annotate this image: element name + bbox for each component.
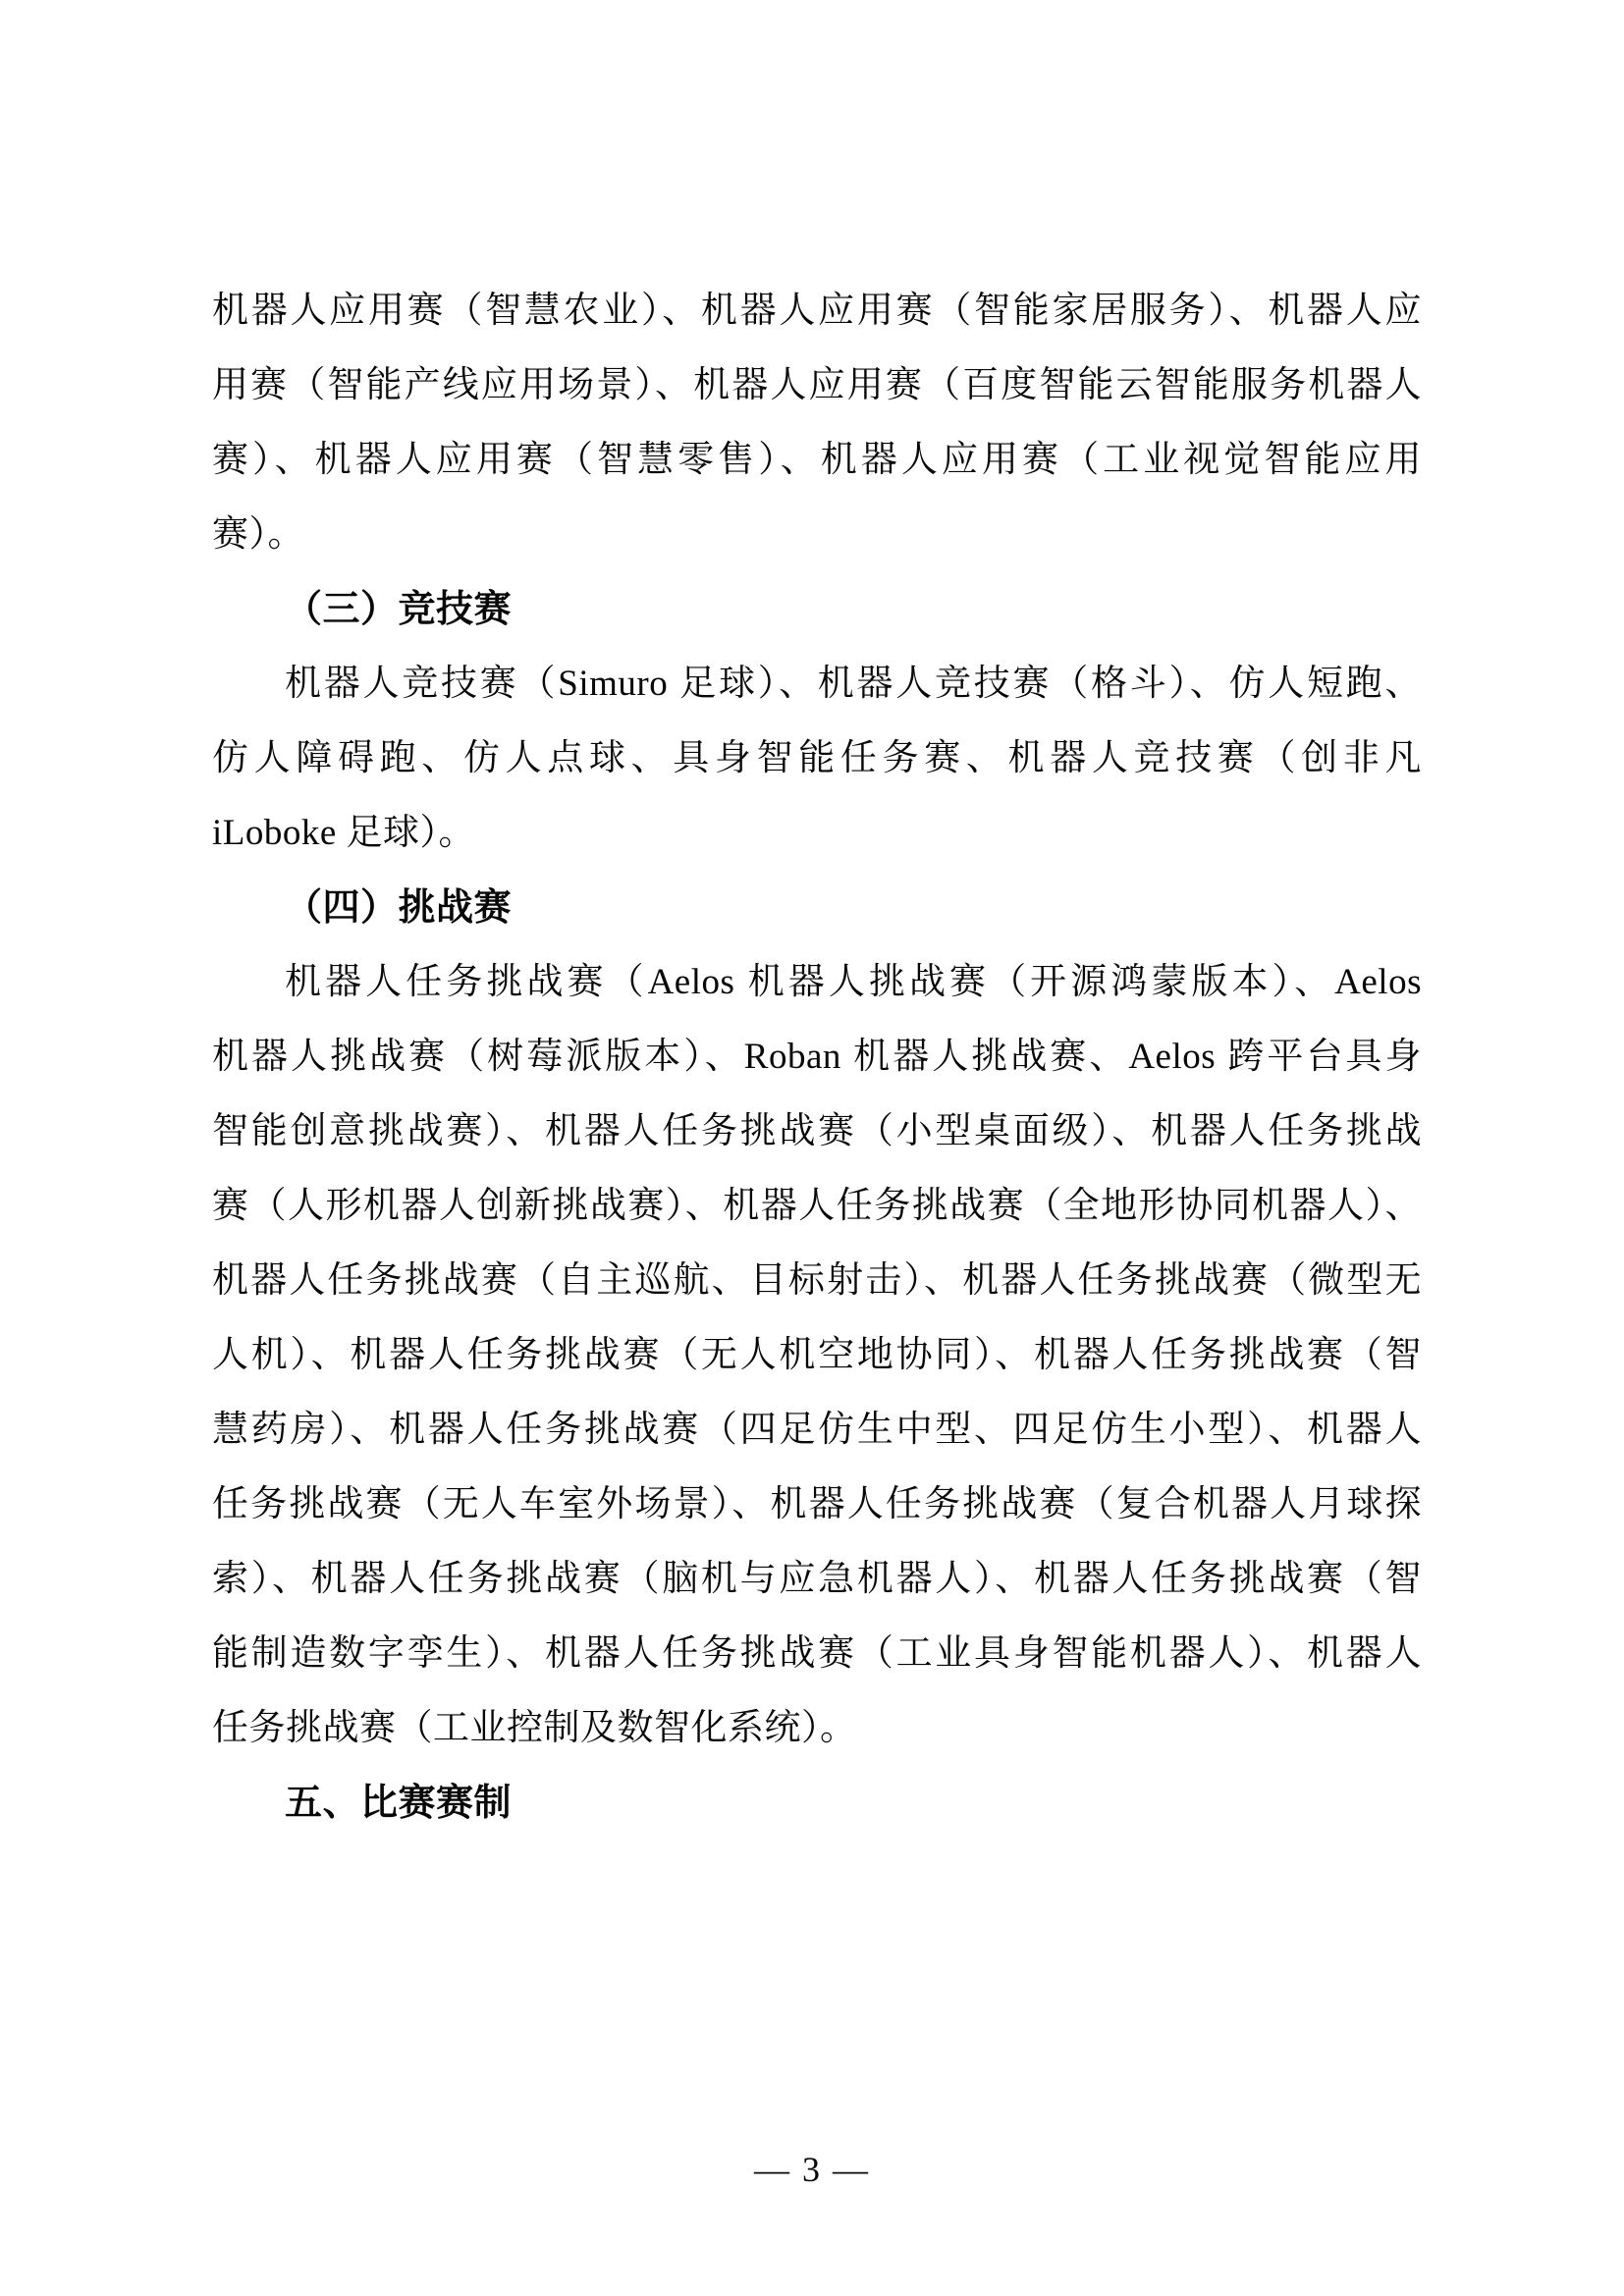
- body-text-line: 机器人挑战赛（树莓派版本）、Roban 机器人挑战赛、Aelos 跨平台具身: [212, 1020, 1422, 1095]
- document-page: 机器人应用赛（智慧农业）、机器人应用赛（智能家居服务）、机器人应用赛（智能产线应…: [0, 0, 1624, 2296]
- body-text-line: iLoboke 足球）。: [212, 796, 1422, 871]
- body-text-line: 机器人任务挑战赛（自主巡航、目标射击）、机器人任务挑战赛（微型无: [212, 1244, 1422, 1318]
- page-number: — 3 —: [0, 2140, 1624, 2199]
- body-text-line: 赛）、机器人应用赛（智慧零售）、机器人应用赛（工业视觉智能应用: [212, 423, 1422, 498]
- section-heading: （四）挑战赛: [212, 871, 1422, 945]
- body-text-line: 用赛（智能产线应用场景）、机器人应用赛（百度智能云智能服务机器人: [212, 348, 1422, 423]
- section-heading: 五、比赛赛制: [212, 1766, 1422, 1841]
- body-text-line: 人机）、机器人任务挑战赛（无人机空地协同）、机器人任务挑战赛（智: [212, 1318, 1422, 1393]
- body-text-line: 机器人任务挑战赛（Aelos 机器人挑战赛（开源鸿蒙版本）、Aelos: [212, 945, 1422, 1020]
- section-heading: （三）竞技赛: [212, 572, 1422, 647]
- body-text-line: 赛（人形机器人创新挑战赛）、机器人任务挑战赛（全地形协同机器人）、: [212, 1169, 1422, 1244]
- body-text-line: 索）、机器人任务挑战赛（脑机与应急机器人）、机器人任务挑战赛（智: [212, 1542, 1422, 1617]
- body-text-line: 赛）。: [212, 498, 1422, 572]
- document-body: 机器人应用赛（智慧农业）、机器人应用赛（智能家居服务）、机器人应用赛（智能产线应…: [212, 274, 1422, 1841]
- body-text-line: 慧药房）、机器人任务挑战赛（四足仿生中型、四足仿生小型）、机器人: [212, 1393, 1422, 1468]
- body-text-line: 机器人应用赛（智慧农业）、机器人应用赛（智能家居服务）、机器人应: [212, 274, 1422, 348]
- body-text-line: 任务挑战赛（无人车室外场景）、机器人任务挑战赛（复合机器人月球探: [212, 1468, 1422, 1542]
- body-text-line: 智能创意挑战赛）、机器人任务挑战赛（小型桌面级）、机器人任务挑战: [212, 1095, 1422, 1169]
- body-text-line: 任务挑战赛（工业控制及数智化系统）。: [212, 1691, 1422, 1766]
- body-text-line: 机器人竞技赛（Simuro 足球）、机器人竞技赛（格斗）、仿人短跑、: [212, 647, 1422, 721]
- body-text-line: 仿人障碍跑、仿人点球、具身智能任务赛、机器人竞技赛（创非凡: [212, 721, 1422, 796]
- body-text-line: 能制造数字孪生）、机器人任务挑战赛（工业具身智能机器人）、机器人: [212, 1617, 1422, 1691]
